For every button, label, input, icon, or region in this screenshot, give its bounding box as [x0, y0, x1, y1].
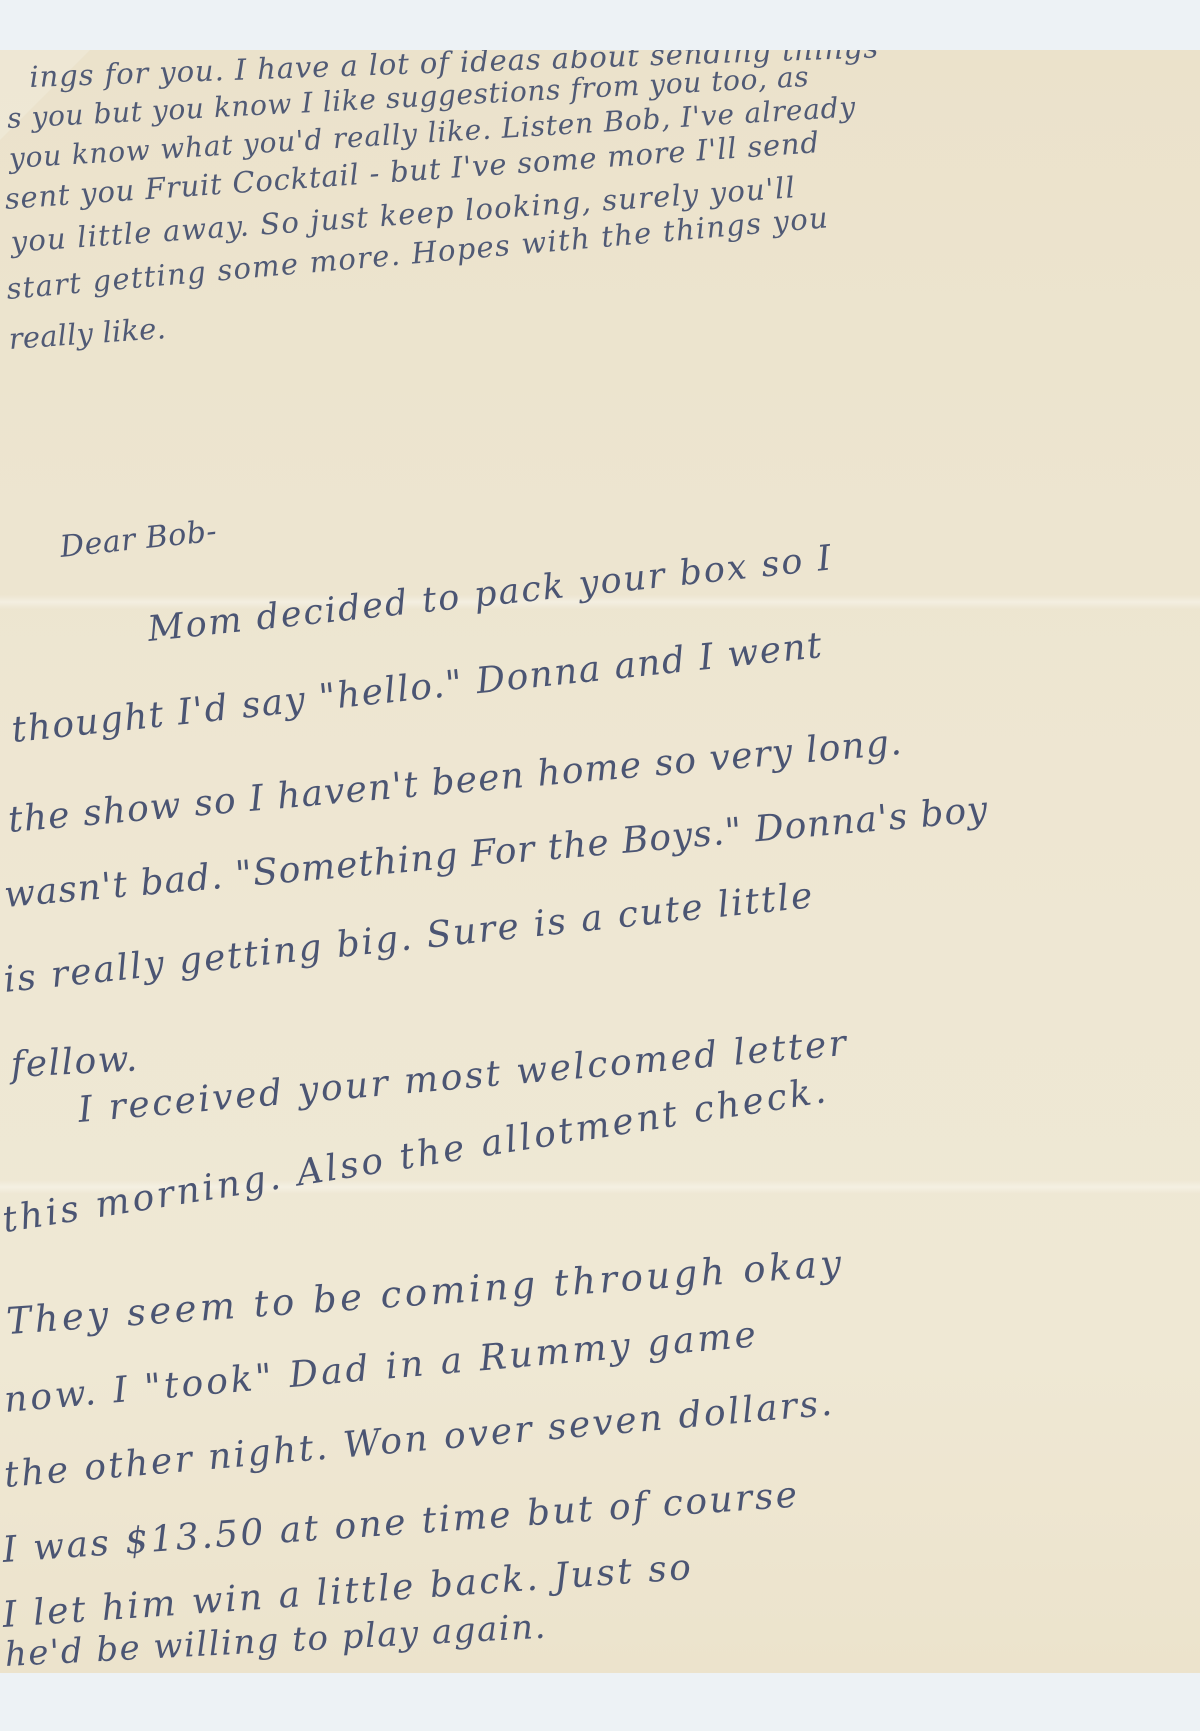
note-line: really like. — [8, 311, 167, 356]
letter-line: thought I'd say "hello." Donna and I wen… — [10, 625, 825, 751]
letter-salutation: Dear Bob- — [58, 514, 218, 565]
letter-paper: ings for you. I have a lot of ideas abou… — [0, 50, 1200, 1673]
letter-line: fellow. — [10, 1038, 140, 1086]
